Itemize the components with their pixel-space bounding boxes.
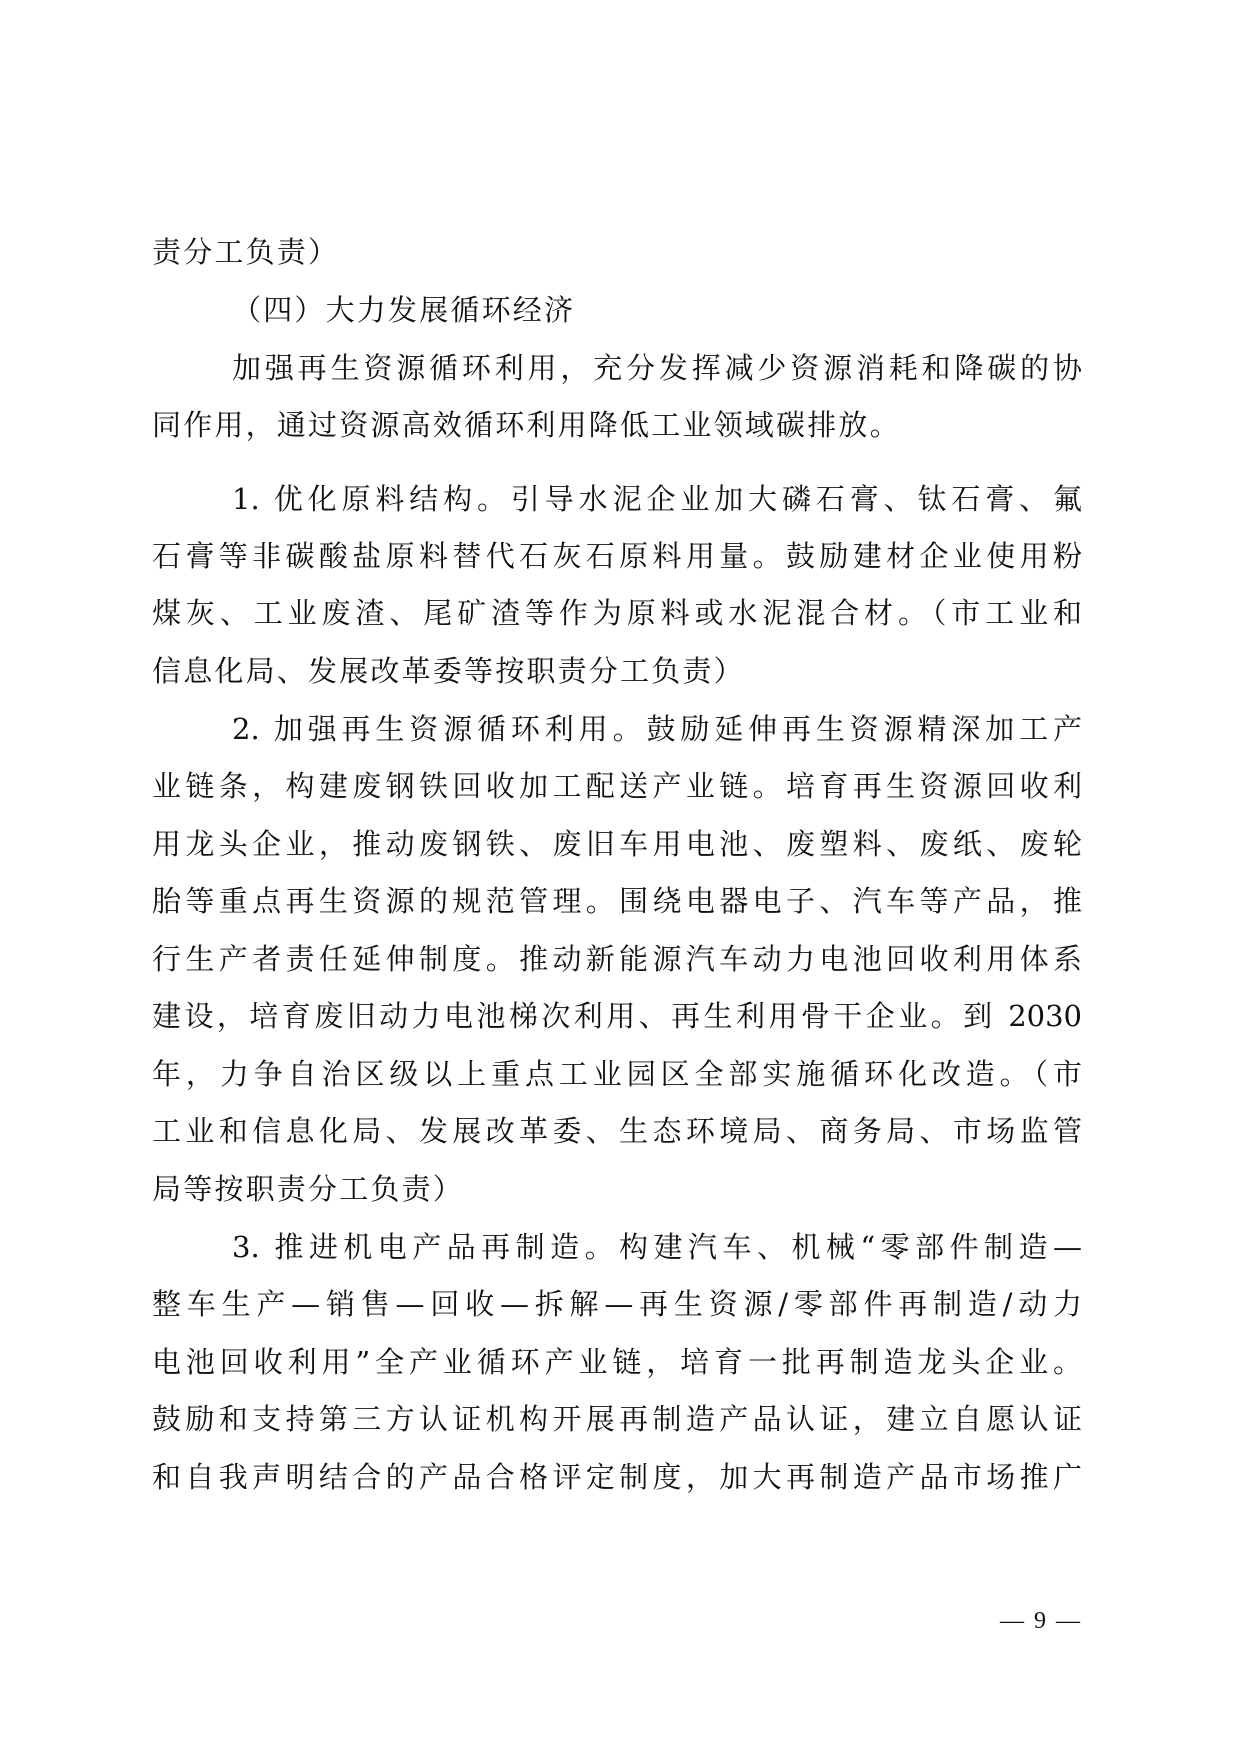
text-line: 加强再生资源循环利用，充分发挥减少资源消耗和降碳的协 [232,348,1082,388]
text-line: 和自我声明结合的产品合格评定制度，加大再制造产品市场推广 [152,1457,1082,1497]
text-line: 整车生产—销售—回收—拆解—再生资源/零部件再制造/动力 [152,1284,1082,1324]
text-line: （四）大力发展循环经济 [232,290,1082,330]
text-line: 行生产者责任延伸制度。推动新能源汽车动力电池回收利用体系 [152,939,1082,979]
document-page: 责分工负责）（四）大力发展循环经济加强再生资源循环利用，充分发挥减少资源消耗和降… [0,0,1241,1755]
text-line: 3. 推进机电产品再制造。构建汽车、机械“零部件制造— [232,1227,1082,1267]
text-line: 2. 加强再生资源循环利用。鼓励延伸再生资源精深加工产 [232,709,1082,749]
text-line: 煤灰、工业废渣、尾矿渣等作为原料或水泥混合材。（市工业和 [152,593,1082,633]
text-line: 石膏等非碳酸盐原料替代石灰石原料用量。鼓励建材企业使用粉 [152,536,1082,576]
text-line: 同作用，通过资源高效循环利用降低工业领域碳排放。 [152,405,1082,445]
text-line: 1. 优化原料结构。引导水泥企业加大磷石膏、钛石膏、氟 [232,479,1082,519]
text-line: 工业和信息化局、发展改革委、生态环境局、商务局、市场监管 [152,1111,1082,1151]
text-line: 胎等重点再生资源的规范管理。围绕电器电子、汽车等产品，推 [152,881,1082,921]
page-number: — 9 — [1000,1608,1082,1635]
text-line: 信息化局、发展改革委等按职责分工负责） [152,651,1082,691]
text-line: 年，力争自治区级以上重点工业园区全部实施循环化改造。（市 [152,1054,1082,1094]
text-line: 鼓励和支持第三方认证机构开展再制造产品认证，建立自愿认证 [152,1399,1082,1439]
text-line: 用龙头企业，推动废钢铁、废旧车用电池、废塑料、废纸、废轮 [152,824,1082,864]
text-line: 建设，培育废旧动力电池梯次利用、再生利用骨干企业。到 2030 [152,996,1082,1036]
text-line: 电池回收利用”全产业循环产业链，培育一批再制造龙头企业。 [152,1342,1082,1382]
text-line: 业链条，构建废钢铁回收加工配送产业链。培育再生资源回收利 [152,766,1082,806]
text-line: 局等按职责分工负责） [152,1169,1082,1209]
text-line: 责分工负责） [152,232,1082,272]
